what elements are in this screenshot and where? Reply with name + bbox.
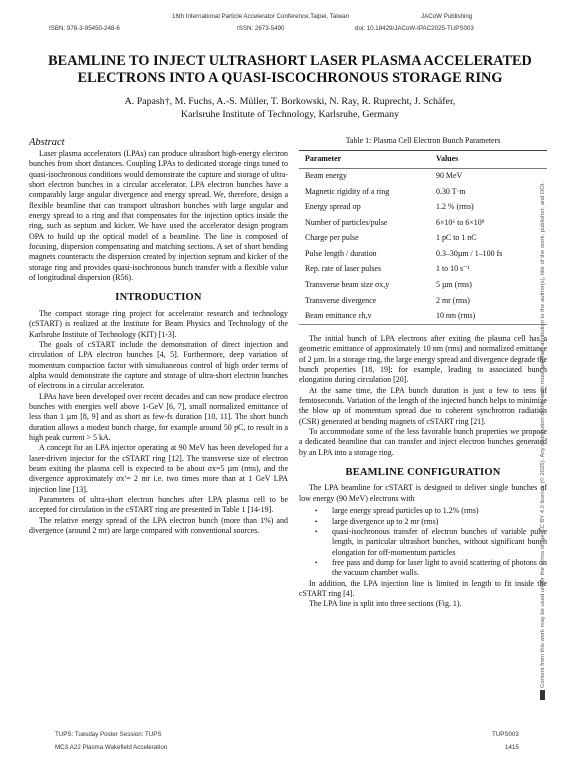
value-cell: 1 to 10 s⁻¹ (430, 262, 547, 278)
parameter-cell: Transverse beam size σx,y (299, 277, 430, 293)
parameter-cell: Magnetic rigidity of a ring (299, 184, 430, 200)
parameter-cell: Beam energy (299, 168, 430, 184)
value-cell: 0.3–30µm / 1–100 fs (430, 246, 547, 262)
parameter-cell: Beam emittance εh,v (299, 308, 430, 324)
value-cell: 90 MeV (430, 168, 547, 184)
table-row: Energy spread σp1.2 % (rms) (299, 200, 547, 216)
left-column: Abstract Laser plasma accelerators (LPAs… (29, 136, 288, 536)
cc-license-icon (540, 690, 545, 700)
title-block: BEAMLINE TO INJECT ULTRASHORT LASER PLAS… (40, 53, 540, 121)
paper-title-line-1: BEAMLINE TO INJECT ULTRASHORT LASER PLAS… (40, 53, 540, 70)
paper-title: BEAMLINE TO INJECT ULTRASHORT LASER PLAS… (40, 53, 540, 87)
table-row: Transverse divergence2 mr (rms) (299, 293, 547, 309)
introduction-heading: INTRODUCTION (29, 293, 288, 303)
author-list: A. Papash†, M. Fuchs, A.-S. Müller, T. B… (40, 95, 540, 108)
list-item: quasi-isochronous transfer of electron b… (332, 527, 547, 558)
doi: doi: 10.18429/JACoW-IPAC2025-TUPS003 (355, 25, 474, 32)
parameter-cell: Rep. rate of laser pulses (299, 262, 430, 278)
intro-paragraph: The compact storage ring project for acc… (29, 309, 288, 340)
table-row: Pulse length / duration0.3–30µm / 1–100 … (299, 246, 547, 262)
parameter-cell: Charge per pulse (299, 231, 430, 247)
requirements-list: large energy spread particles up to 1.2%… (299, 506, 547, 578)
abstract-text: Laser plasma accelerators (LPAs) can pro… (29, 149, 288, 283)
abstract-heading: Abstract (29, 136, 288, 149)
body-paragraph: The LPA line is split into three section… (299, 599, 547, 609)
table-row: Transverse beam size σx,y5 µm (rms) (299, 277, 547, 293)
table-row: Beam emittance εh,v10 nm (rms) (299, 308, 547, 324)
body-paragraph: At the same time, the LPA bunch duration… (299, 386, 547, 427)
value-cell: 5 µm (rms) (430, 277, 547, 293)
right-column: Table 1: Plasma Cell Electron Bunch Para… (299, 136, 547, 610)
table-header-row: Parameter Values (299, 151, 547, 168)
license-text: Content from this work may be used under… (540, 182, 546, 688)
paper-title-line-2: ELECTRONS INTO A QUASI-ISCOCHRONOUS STOR… (40, 70, 540, 87)
value-cell: 10 nm (rms) (430, 308, 547, 324)
paper-id: TUPS003 (492, 731, 519, 738)
parameter-cell: Transverse divergence (299, 293, 430, 309)
table-caption: Table 1: Plasma Cell Electron Bunch Para… (299, 136, 547, 146)
value-cell: 0.30 T·m (430, 184, 547, 200)
body-paragraph: The initial bunch of LPA electrons after… (299, 334, 547, 386)
value-cell: 2 mr (rms) (430, 293, 547, 309)
value-cell: 1 pC to 1 nC (430, 231, 547, 247)
conference-name: 16th International Particle Accelerator … (172, 13, 349, 20)
list-item: large divergence up to 2 mr (rms) (332, 517, 547, 527)
column-header-values: Values (430, 151, 547, 168)
category-label: MC3.A22 Plasma Wakefield Acceleration (55, 744, 167, 751)
value-cell: 1.2 % (rms) (430, 200, 547, 216)
table-row: Number of particles/pulse6×10⁶ to 6×10⁹ (299, 215, 547, 231)
beamline-intro: The LPA beamline for cSTART is designed … (299, 483, 547, 504)
list-item: large energy spread particles up to 1.2%… (332, 506, 547, 516)
table-row: Magnetic rigidity of a ring0.30 T·m (299, 184, 547, 200)
intro-paragraph: LPAs have been developed over recent dec… (29, 392, 288, 444)
list-item: free pass and dump for laser light to av… (332, 558, 547, 579)
beamline-configuration-heading: BEAMLINE CONFIGURATION (299, 468, 547, 478)
table-row: Rep. rate of laser pulses1 to 10 s⁻¹ (299, 262, 547, 278)
page-number: 1415 (505, 744, 519, 751)
license-sidebar: Content from this work may be used under… (540, 182, 546, 700)
issn: ISSN: 2673-5490 (237, 25, 284, 32)
intro-paragraph: The goals of cSTART include the demonstr… (29, 340, 288, 392)
authors: A. Papash†, M. Fuchs, A.-S. Müller, T. B… (40, 95, 540, 121)
parameter-cell: Energy spread σp (299, 200, 430, 216)
intro-paragraph: Parameters of ultra-short electron bunch… (29, 495, 288, 516)
affiliation: Karlsruhe Institute of Technology, Karls… (40, 108, 540, 121)
session-label: TUPS: Tuesday Poster Session: TUPS (55, 731, 162, 738)
parameter-cell: Pulse length / duration (299, 246, 430, 262)
parameters-table: Parameter Values Beam energy90 MeV Magne… (299, 150, 547, 325)
isbn: ISBN: 978-3-95450-248-6 (49, 25, 120, 32)
parameter-cell: Number of particles/pulse (299, 215, 430, 231)
body-paragraph: To accommodate some of the less favorabl… (299, 427, 547, 458)
column-header-parameter: Parameter (299, 151, 430, 168)
intro-paragraph: A concept for an LPA injector operating … (29, 443, 288, 495)
body-paragraph: In addition, the LPA injection line is l… (299, 579, 547, 600)
table-row: Charge per pulse1 pC to 1 nC (299, 231, 547, 247)
table-row: Beam energy90 MeV (299, 168, 547, 184)
intro-paragraph: The relative energy spread of the LPA el… (29, 516, 288, 537)
publisher-name: JACoW Publishing (421, 13, 472, 20)
value-cell: 6×10⁶ to 6×10⁹ (430, 215, 547, 231)
